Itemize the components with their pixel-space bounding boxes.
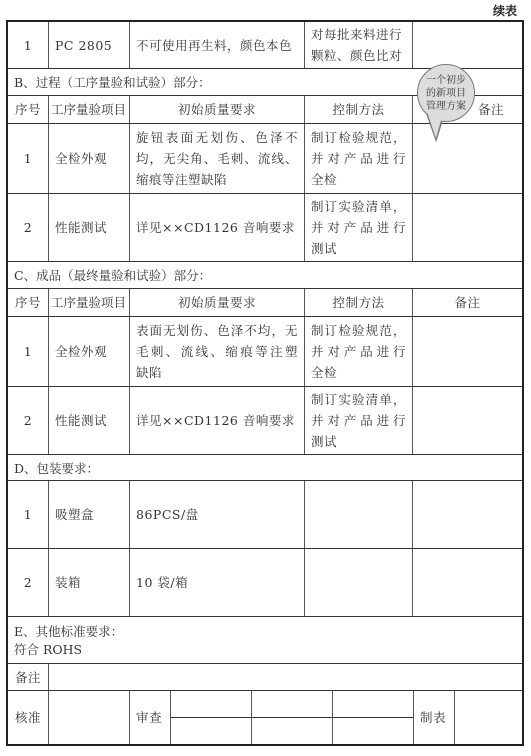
section-c-title-row: C、成品（最终量验和试验）部分：	[6, 262, 524, 289]
header-item: 工序量验项目	[49, 289, 130, 316]
callout-tail-fill	[427, 110, 448, 139]
remark-cell	[413, 387, 522, 454]
control-method	[305, 481, 413, 548]
row-number: 1	[8, 481, 49, 548]
remark-cell	[413, 549, 522, 616]
callout-bubble: 一个初步 的新项目 管理方案	[417, 64, 475, 122]
table-row: 1 全检外观 表面无划伤、色泽不均，无 毛刺、流线、缩痕等注塑 缺陷 制订检验规…	[6, 317, 524, 387]
section-d-title-row: D、包装要求：	[6, 455, 524, 481]
control-method: 制订检验规范， 并对产品进行 全检	[305, 317, 413, 386]
inspection-item: 全检外观	[49, 124, 130, 193]
section-c-title: C、成品（最终量验和试验）部分：	[8, 262, 522, 288]
section-d-title: D、包装要求：	[8, 455, 522, 480]
remark-cell	[413, 22, 522, 68]
packaging-item: 装箱	[49, 549, 130, 616]
remarks-value	[49, 664, 522, 690]
inspection-item: 性能测试	[49, 387, 130, 454]
review-signature-cell-1	[171, 691, 252, 744]
header-remark: 备注	[413, 289, 522, 316]
review-label: 审查	[130, 691, 171, 744]
signoff-row: 核准 审查 制表	[6, 691, 524, 746]
section-e-content: 符合 ROHS	[14, 640, 82, 658]
remark-cell	[413, 317, 522, 386]
inspection-item: PC 2805	[49, 22, 130, 68]
header-requirement: 初始质量要求	[130, 289, 305, 316]
row-number: 1	[8, 124, 49, 193]
remarks-row: 备注	[6, 664, 524, 691]
row-number: 2	[8, 549, 49, 616]
control-method: 制订实验清单， 并对产品进行 测试	[305, 194, 413, 261]
quality-requirement: 表面无划伤、色泽不均，无 毛刺、流线、缩痕等注塑 缺陷	[130, 317, 305, 386]
table-row: 2 性能测试 详见××CD1126 音响要求 制订实验清单， 并对产品进行 测试	[6, 194, 524, 262]
control-method: 制订检验规范， 并对产品进行 全检	[305, 124, 413, 193]
quality-requirement: 不可使用再生料，颜色本色	[130, 22, 305, 68]
remarks-label: 备注	[8, 664, 49, 690]
review-signature-cell-2	[252, 691, 333, 744]
packaging-item: 吸塑盒	[49, 481, 130, 548]
control-method	[305, 549, 413, 616]
prepared-label: 制表	[414, 691, 455, 744]
header-requirement: 初始质量要求	[130, 96, 305, 123]
header-control: 控制方法	[305, 96, 413, 123]
table-row: 1 吸塑盒 86PCS/盘	[6, 481, 524, 549]
control-method: 制订实验清单， 并对产品进行 测试	[305, 387, 413, 454]
table-row: 2 装箱 10 袋/箱	[6, 549, 524, 617]
remark-cell	[413, 194, 522, 261]
section-e-row: E、其他标准要求： 符合 ROHS	[6, 617, 524, 664]
header-no: 序号	[8, 289, 49, 316]
packaging-requirement: 10 袋/箱	[130, 549, 305, 616]
row-number: 1	[8, 317, 49, 386]
table-row: 1 PC 2805 不可使用再生料，颜色本色 对每批来料进行 颗粒、颜色比对	[6, 20, 524, 69]
header-item: 工序量验项目	[49, 96, 130, 123]
packaging-requirement: 86PCS/盘	[130, 481, 305, 548]
remark-cell	[413, 481, 522, 548]
header-control: 控制方法	[305, 289, 413, 316]
approve-label: 核准	[8, 691, 49, 744]
row-number: 2	[8, 387, 49, 454]
continued-table-label: 续表	[493, 2, 517, 19]
inspection-item: 性能测试	[49, 194, 130, 261]
section-e: E、其他标准要求： 符合 ROHS	[8, 617, 522, 663]
review-signature-cell-3	[333, 691, 414, 744]
table-row: 2 性能测试 详见××CD1126 音响要求 制订实验清单， 并对产品进行 测试	[6, 387, 524, 455]
section-c-header-row: 序号 工序量验项目 初始质量要求 控制方法 备注	[6, 289, 524, 317]
approve-signature-cell	[49, 691, 130, 744]
inspection-item: 全检外观	[49, 317, 130, 386]
quality-requirement: 旋钮表面无划伤、色泽不 均，无尖角、毛刺、流线、 缩痕等注塑缺陷	[130, 124, 305, 193]
control-method: 对每批来料进行 颗粒、颜色比对	[305, 22, 413, 68]
row-number: 2	[8, 194, 49, 261]
header-no: 序号	[8, 96, 49, 123]
quality-requirement: 详见××CD1126 音响要求	[130, 387, 305, 454]
row-number: 1	[8, 22, 49, 68]
prepared-signature-cell	[455, 691, 522, 744]
quality-requirement: 详见××CD1126 音响要求	[130, 194, 305, 261]
section-e-title: E、其他标准要求：	[14, 622, 123, 640]
